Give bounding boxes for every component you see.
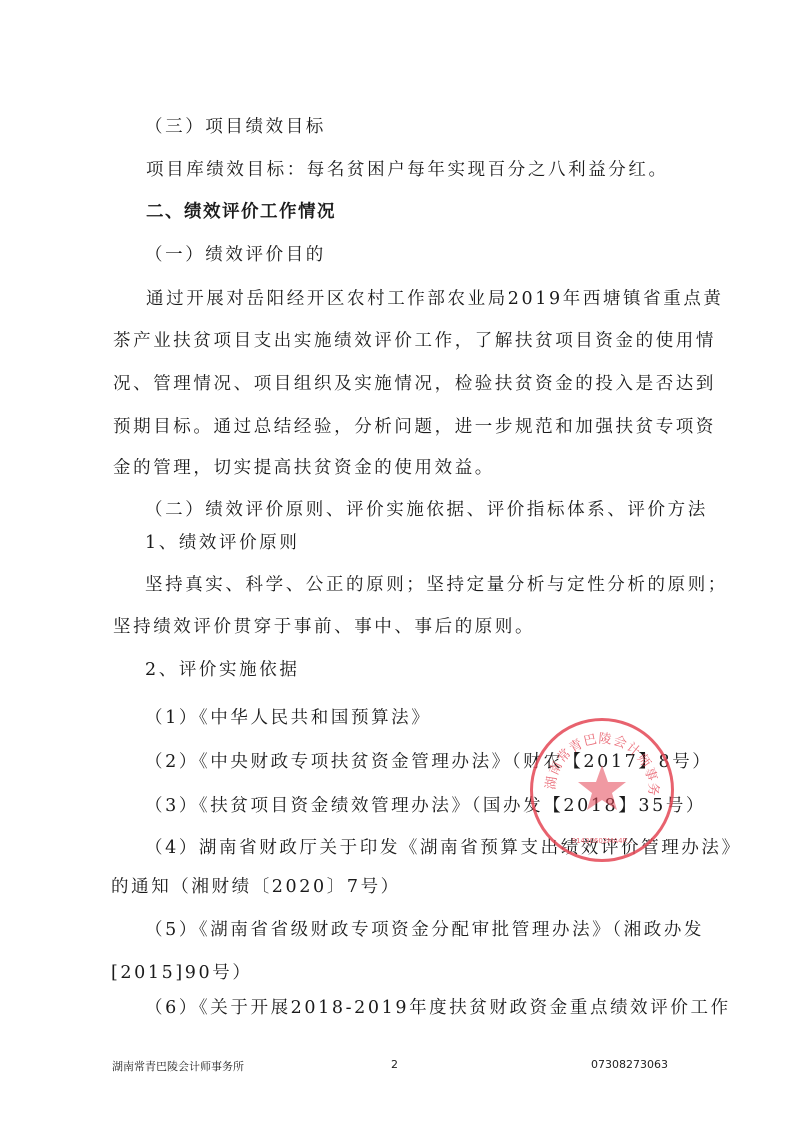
text-line: （二）绩效评价原则、评价实施依据、评价指标体系、评价方法: [145, 499, 708, 521]
text-line: 通过开展对岳阳经开区农村工作部农业局2019年西塘镇省重点黄: [146, 288, 724, 310]
text-line: （5）《湖南省省级财政专项资金分配审批管理办法》（湘政办发: [145, 919, 704, 941]
text-line: （1）《中华人民共和国预算法》: [145, 707, 431, 729]
text-line: 2、评价实施依据: [145, 659, 299, 681]
text-line: 坚持真实、科学、公正的原则；坚持定量分析与定性分析的原则；: [145, 574, 728, 596]
text-line: 坚持绩效评价贯穿于事前、事中、事后的原则。: [113, 616, 535, 638]
text-line: （三）项目绩效目标: [145, 116, 326, 138]
text-line: [2015]90号）: [111, 962, 252, 984]
text-line: （4）湖南省财政厅关于印发《湖南省预算支出绩效评价管理办法》: [145, 837, 742, 859]
text-line: 茶产业扶贫项目支出实施绩效评价工作，了解扶贫项目资金的使用情: [113, 330, 716, 352]
text-line: 况、管理情况、项目组织及实施情况，检验扶贫资金的投入是否达到: [113, 373, 716, 395]
text-line: 1、绩效评价原则: [145, 532, 299, 554]
text-line: （6）《关于开展2018-2019年度扶贫财政资金重点绩效评价工作: [145, 997, 731, 1019]
text-line: （一）绩效评价目的: [145, 244, 326, 266]
text-line: 预期目标。通过总结经验，分析问题，进一步规范和加强扶贫专项资: [113, 416, 716, 438]
section-heading: 二、绩效评价工作情况: [146, 201, 336, 223]
footer-firm-name: 湖南常青巴陵会计师事务所: [112, 1058, 244, 1074]
footer-phone: 07308273063: [591, 1058, 668, 1071]
text-line: 的通知（湘财绩〔2020〕7号）: [111, 876, 401, 898]
text-line: （2）《中央财政专项扶贫资金管理办法》（财农【2017】8号）: [145, 751, 712, 773]
text-line: 项目库绩效目标：每名贫困户每年实现百分之八利益分红。: [146, 159, 669, 181]
text-line: （3）《扶贫项目资金绩效管理办法》（国办发【2018】35号）: [145, 795, 706, 817]
footer-page-number: 2: [391, 1058, 398, 1071]
text-line: 金的管理，切实提高扶贫资金的使用效益。: [113, 457, 495, 479]
